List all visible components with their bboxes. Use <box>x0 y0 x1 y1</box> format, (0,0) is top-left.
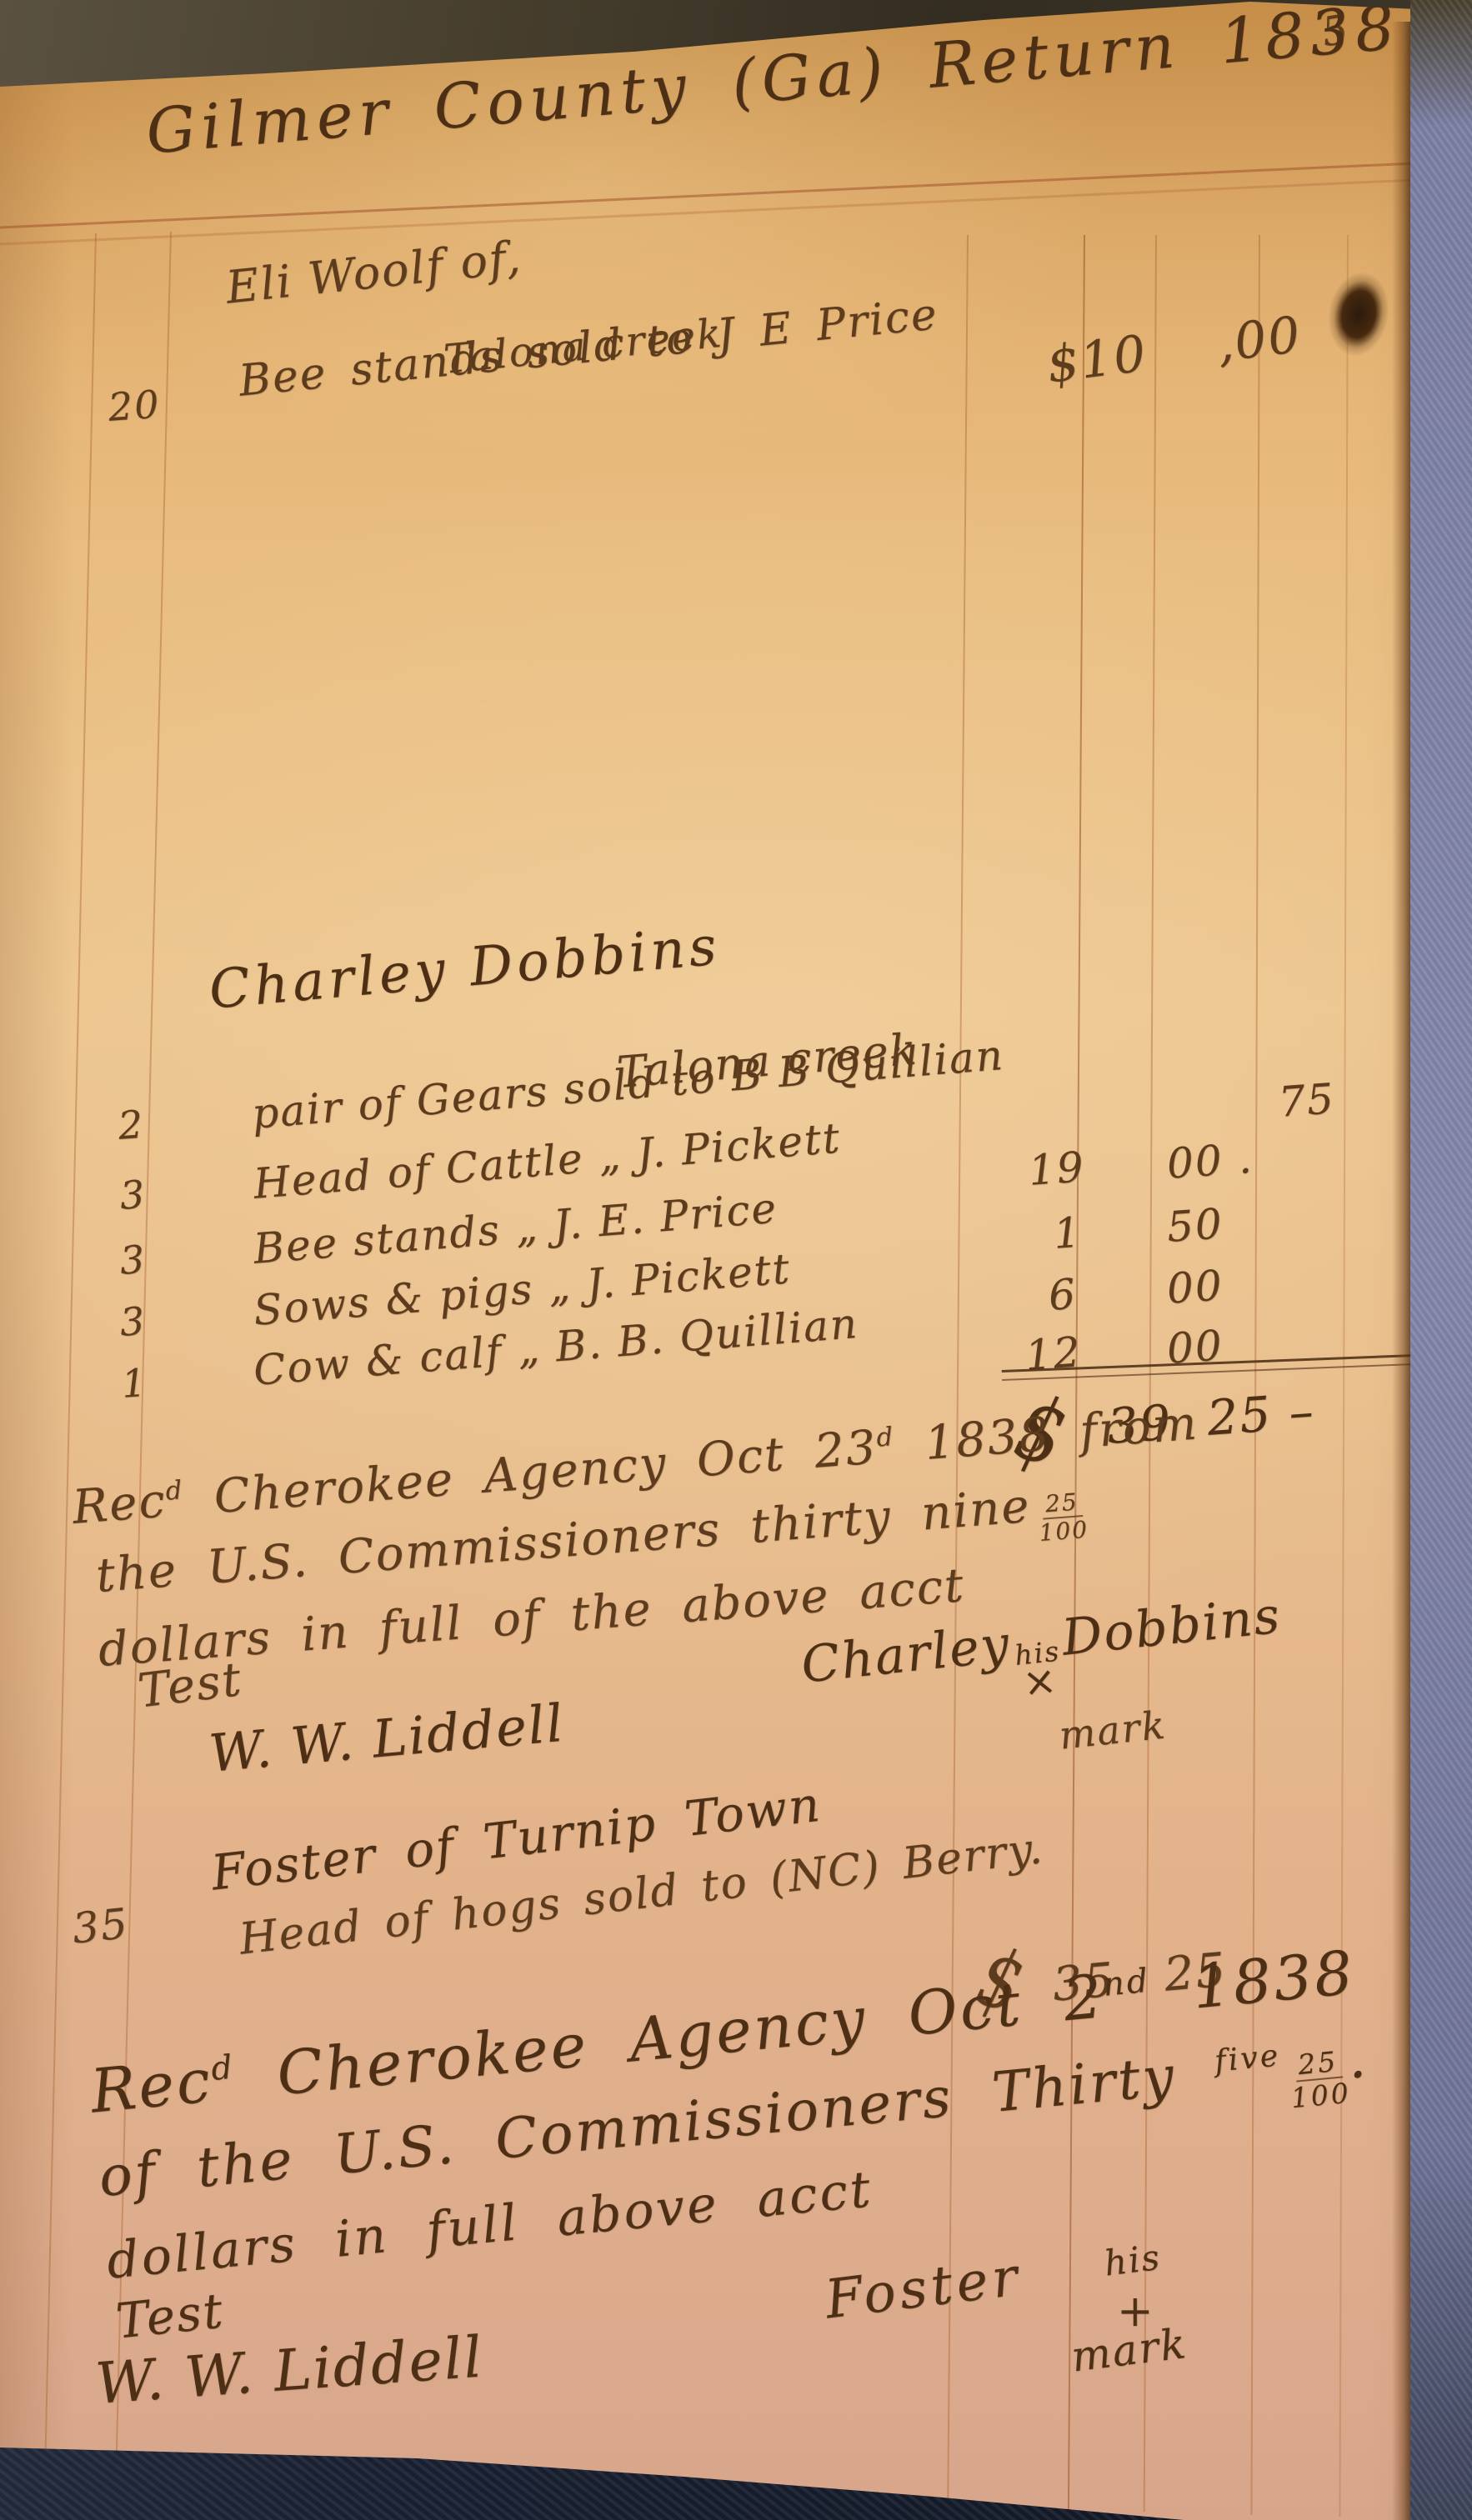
dobbins-row-qty: 3 <box>118 1298 148 1345</box>
total-cents: 25 – <box>1205 1382 1317 1447</box>
dobbins-row-cents: 75 <box>1277 1074 1337 1127</box>
photo-background-right <box>1410 0 1472 2520</box>
woolf-qty: 20 <box>107 382 162 430</box>
dobbins-row-qty: 2 <box>117 1102 146 1148</box>
page-right-edge <box>1392 22 1412 2520</box>
dobbins-row-cents: 50 <box>1165 1199 1225 1252</box>
dobbins-row-dollars: 6 <box>1047 1270 1079 1320</box>
woolf-cents: ,00 <box>1214 306 1304 374</box>
dobbins-row-dollars: 19 <box>1027 1142 1087 1195</box>
dobbins-row-qty: 3 <box>118 1172 148 1218</box>
woolf-dollars: $10 <box>1044 324 1150 394</box>
foster-qty: 35 <box>70 1899 131 1953</box>
dobbins-row-cents: 00 . <box>1165 1134 1254 1188</box>
dobbins-row-qty: 1 <box>120 1360 149 1407</box>
receipt2-test: Test <box>113 2282 227 2349</box>
ledger-photo: 5 Gilmer County (Ga) Return 1838 Eli Woo… <box>0 0 1472 2520</box>
dobbins-row-dollars: 1 <box>1052 1208 1084 1258</box>
dobbins-row-qty: 3 <box>118 1237 148 1283</box>
foster-his-label: his <box>1102 2237 1164 2284</box>
dobbins-row-cents: 00 <box>1165 1261 1225 1313</box>
